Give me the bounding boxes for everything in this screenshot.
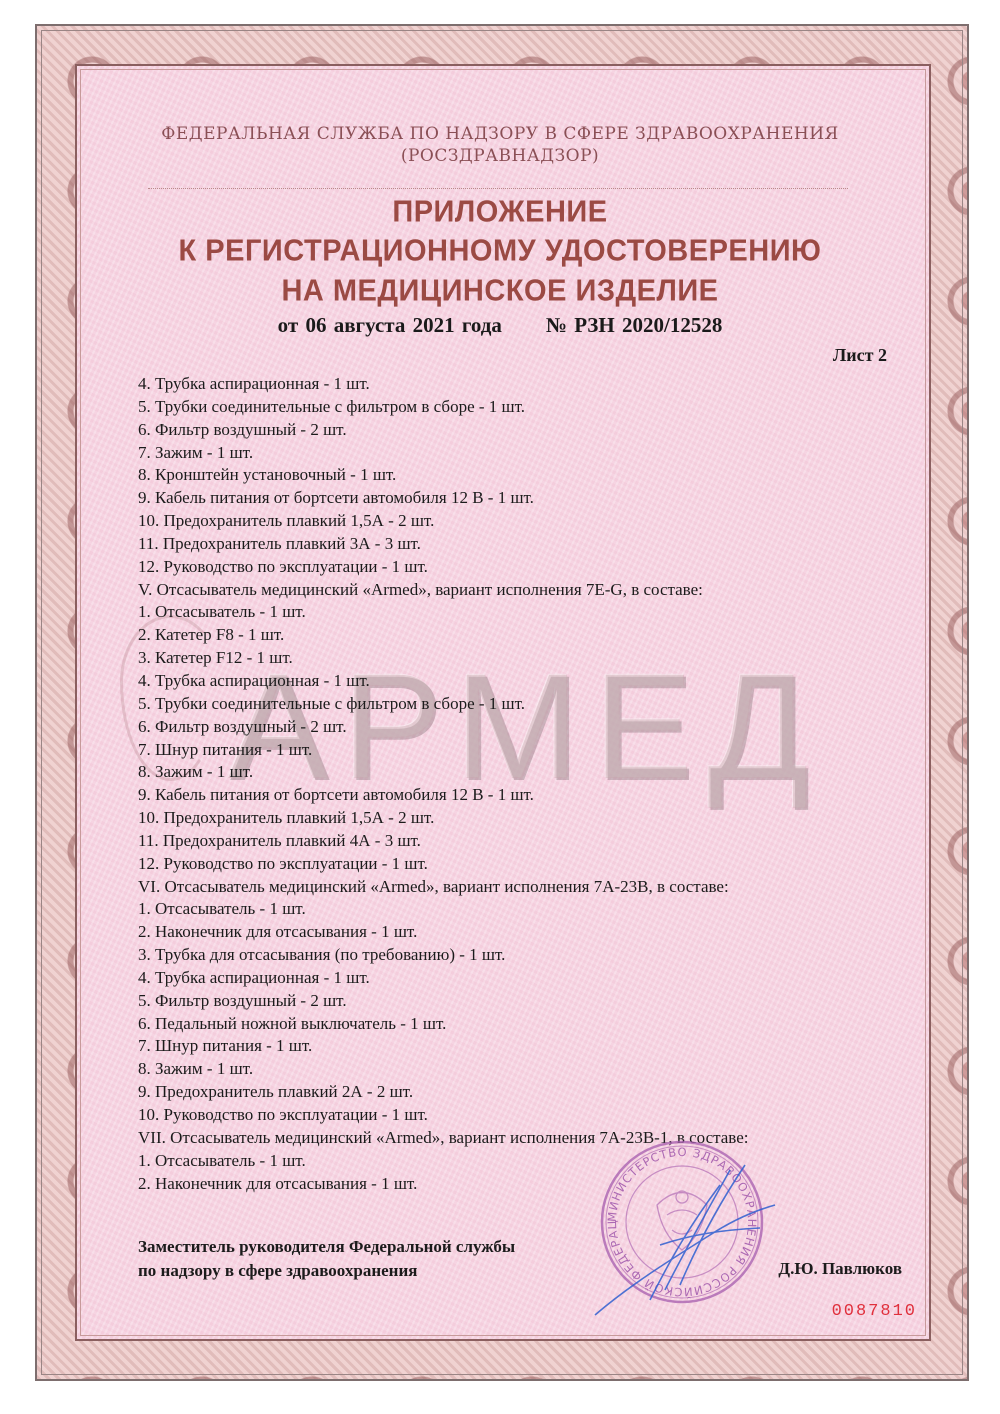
list-item: 6. Педальный ножной выключатель - 1 шт.	[138, 1013, 749, 1036]
list-item: 11. Предохранитель плавкий 4А - 3 шт.	[138, 830, 749, 853]
document-subtitle-line1: К РЕГИСТРАЦИОННОМУ УДОСТОВЕРЕНИЮ	[0, 234, 1000, 269]
list-item: 2. Наконечник для отсасывания - 1 шт.	[138, 921, 749, 944]
signatory-position-line2: по надзору в сфере здравоохранения	[138, 1259, 515, 1283]
list-item: 9. Кабель питания от бортсети автомобиля…	[138, 784, 749, 807]
agency-abbreviation: (РОСЗДРАВНАДЗОР)	[0, 146, 1000, 166]
list-item: 1. Отсасыватель - 1 шт.	[138, 1150, 749, 1173]
list-item: 4. Трубка аспирационная - 1 шт.	[138, 967, 749, 990]
list-item: 3. Трубка для отсасывания (по требованию…	[138, 944, 749, 967]
signatory-name: Д.Ю. Павлюков	[778, 1259, 902, 1279]
list-item: 8. Зажим - 1 шт.	[138, 761, 749, 784]
serial-number: 0087810	[832, 1302, 917, 1321]
document-title: ПРИЛОЖЕНИЕ	[0, 195, 1000, 230]
list-item: VI. Отсасыватель медицинский «Armed», ва…	[138, 876, 749, 899]
signatory-position: Заместитель руководителя Федеральной слу…	[138, 1235, 515, 1283]
sheet-number: Лист 2	[833, 345, 887, 366]
list-item: 1. Отсасыватель - 1 шт.	[138, 601, 749, 624]
list-item: 10. Предохранитель плавкий 1,5А - 2 шт.	[138, 510, 749, 533]
list-item: 8. Зажим - 1 шт.	[138, 1058, 749, 1081]
list-item: 7. Шнур питания - 1 шт.	[138, 739, 749, 762]
document-date-number: от 06 августа 2021 года№ РЗН 2020/12528	[0, 313, 1000, 338]
list-item: 6. Фильтр воздушный - 2 шт.	[138, 419, 749, 442]
document-subtitle-line2: НА МЕДИЦИНСКОЕ ИЗДЕЛИЕ	[0, 274, 1000, 309]
list-item: 12. Руководство по эксплуатации - 1 шт.	[138, 853, 749, 876]
list-item: 9. Предохранитель плавкий 2А - 2 шт.	[138, 1081, 749, 1104]
list-item: 11. Предохранитель плавкий 3А - 3 шт.	[138, 533, 749, 556]
list-item: 4. Трубка аспирационная - 1 шт.	[138, 670, 749, 693]
list-item: 6. Фильтр воздушный - 2 шт.	[138, 716, 749, 739]
list-item: 1. Отсасыватель - 1 шт.	[138, 898, 749, 921]
component-list: 4. Трубка аспирационная - 1 шт.5. Трубки…	[138, 373, 749, 1195]
list-item: 5. Фильтр воздушный - 2 шт.	[138, 990, 749, 1013]
list-item: 7. Шнур питания - 1 шт.	[138, 1035, 749, 1058]
agency-name: ФЕДЕРАЛЬНАЯ СЛУЖБА ПО НАДЗОРУ В СФЕРЕ ЗД…	[0, 124, 1000, 144]
list-item: 8. Кронштейн установочный - 1 шт.	[138, 464, 749, 487]
list-item: 10. Предохранитель плавкий 1,5А - 2 шт.	[138, 807, 749, 830]
list-item: V. Отсасыватель медицинский «Armed», вар…	[138, 579, 749, 602]
list-item: 10. Руководство по эксплуатации - 1 шт.	[138, 1104, 749, 1127]
list-item: 2. Наконечник для отсасывания - 1 шт.	[138, 1173, 749, 1196]
list-item: 2. Катетер F8 - 1 шт.	[138, 624, 749, 647]
list-item: 3. Катетер F12 - 1 шт.	[138, 647, 749, 670]
registration-number: № РЗН 2020/12528	[546, 313, 722, 337]
list-item: 5. Трубки соединительные с фильтром в сб…	[138, 693, 749, 716]
list-item: 7. Зажим - 1 шт.	[138, 442, 749, 465]
list-item: 4. Трубка аспирационная - 1 шт.	[138, 373, 749, 396]
list-item: VII. Отсасыватель медицинский «Armed», в…	[138, 1127, 749, 1150]
document-date: от 06 августа 2021 года	[278, 313, 502, 337]
signatory-position-line1: Заместитель руководителя Федеральной слу…	[138, 1235, 515, 1259]
list-item: 5. Трубки соединительные с фильтром в сб…	[138, 396, 749, 419]
list-item: 12. Руководство по эксплуатации - 1 шт.	[138, 556, 749, 579]
list-item: 9. Кабель питания от бортсети автомобиля…	[138, 487, 749, 510]
header-divider	[148, 188, 848, 189]
